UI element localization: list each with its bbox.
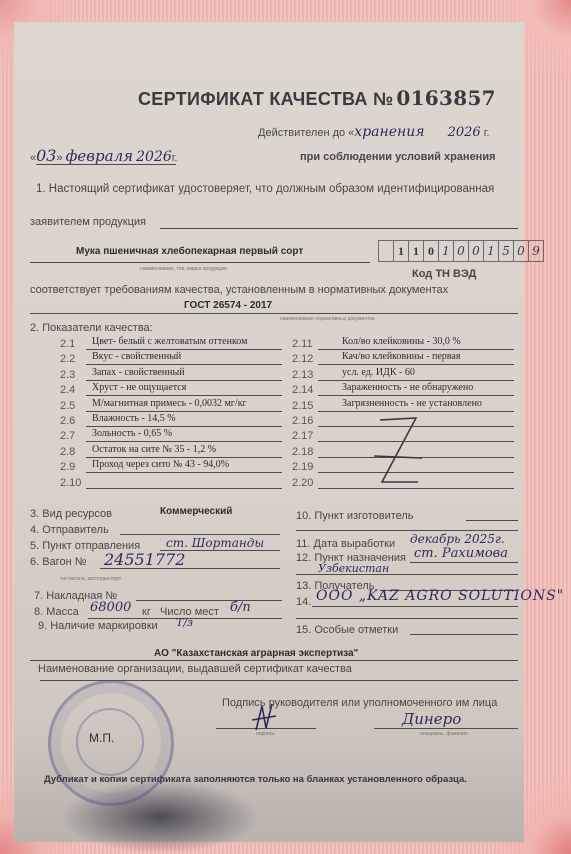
org-line — [30, 660, 518, 661]
wagon-number: 24551772 — [104, 550, 185, 569]
indicator-number: 2.17 — [292, 430, 313, 442]
official-stamp: М.П. — [48, 680, 174, 806]
code-digit: 5 — [499, 241, 514, 261]
z-strike-mark — [370, 414, 430, 486]
storage-note: при соблюдении условий хранения — [300, 151, 496, 163]
manufacturer-line — [466, 520, 518, 521]
code-digit: 0 — [424, 241, 439, 261]
indicator-line — [318, 395, 514, 396]
code-digit: 9 — [529, 241, 543, 261]
indicator-line — [318, 364, 514, 365]
indicator-line — [86, 380, 282, 381]
recipient-line-2 — [312, 606, 518, 607]
issue-date: «03» февраля 2026г. — [30, 146, 178, 165]
standard-name: ГОСТ 26574 - 2017 — [184, 300, 272, 311]
indicator-value: Остаток на сите № 35 - 1,2 % — [92, 444, 216, 455]
special-marks-line — [410, 634, 518, 635]
indicator-line — [86, 426, 282, 427]
name-caption: инициалы, фамилия — [420, 731, 468, 737]
indicator-number: 2.20 — [292, 477, 313, 489]
recipient-line-3 — [296, 618, 518, 619]
destination-line-2 — [296, 574, 518, 575]
indicator-line — [318, 349, 514, 350]
indicator-value: Загрязненность - не установлено — [342, 398, 482, 409]
indicator-number: 2.12 — [292, 353, 313, 365]
product-line — [30, 262, 370, 263]
indicator-line — [86, 457, 282, 458]
manufacturer-label: 10. Пункт изготовитель — [296, 510, 414, 522]
code-digit: 1 — [439, 241, 454, 261]
indicator-value: Проход через сито № 43 - 94,0% — [92, 459, 229, 470]
destination-value: ст. Рахимова — [414, 546, 508, 561]
indicator-value: Кол/во клейковины - 30,0 % — [342, 336, 461, 347]
section1-applicant: заявителем продукция — [30, 216, 146, 228]
indicator-value: Цвет- белый с желтоватым оттенком — [92, 336, 247, 347]
signature-mark — [244, 700, 284, 736]
recipient-value: ООО „KAZ AGRO SOLUTIONS" — [316, 588, 564, 604]
applicant-line — [160, 228, 518, 229]
section2-title: 2. Показатели качества: — [30, 322, 153, 334]
indicator-number: 2.5 — [60, 400, 75, 412]
indicator-value: Кач/во клейковины - первая — [342, 351, 460, 362]
resource-type-label: 3. Вид ресурсов — [30, 508, 112, 520]
indicator-number: 2.9 — [60, 461, 75, 473]
name-line — [374, 728, 518, 729]
code-digit: 0 — [469, 241, 484, 261]
wagon-label: 6. Вагон № — [30, 556, 87, 568]
indicator-number: 2.6 — [60, 415, 75, 427]
indicator-number: 2.10 — [60, 477, 81, 489]
wagon-line — [100, 568, 280, 569]
indicator-number: 2.14 — [292, 384, 313, 396]
indicator-value: М/магнитная примесь - 0,0032 мг/кг — [92, 398, 247, 409]
indicator-line — [86, 441, 282, 442]
indicator-line — [86, 411, 282, 412]
marking-label: 9. Наличие маркировки — [38, 620, 158, 632]
departure-value: ст. Шортанды — [166, 536, 264, 550]
indicator-number: 2.19 — [292, 461, 313, 473]
indicator-number: 2.8 — [60, 446, 75, 458]
product-caption: наименование, тип, марка продукции — [140, 266, 227, 272]
indicator-line — [86, 472, 282, 473]
indicator-number: 2.15 — [292, 400, 313, 412]
sender-line — [120, 534, 280, 535]
duplicate-notice: Дубликат и копии сертификата заполняются… — [44, 774, 467, 785]
sender-label: 4. Отправитель — [30, 524, 109, 536]
code-digit: 1 — [394, 241, 409, 261]
product-name: Мука пшеничная хлебопекарная первый сорт — [76, 246, 303, 257]
marking-value: Т/з — [176, 616, 193, 629]
indicator-value: Влажность - 14,5 % — [92, 413, 176, 424]
mass-value: 68000 — [90, 600, 131, 615]
code-label: Код ТН ВЭД — [412, 268, 476, 280]
indicator-number: 2.1 — [60, 338, 75, 350]
org-caption: Наименование организации, выдавшей серти… — [38, 663, 352, 675]
production-date-value: декабрь 2025г. — [410, 532, 505, 546]
indicator-number: 2.18 — [292, 446, 313, 458]
indicator-value: Хруст - не ощущается — [92, 382, 186, 393]
valid-until: Действителен до «хранения 2026 г. — [258, 124, 489, 140]
special-marks-label: 15. Особые отметки — [296, 624, 398, 636]
section1-text: 1. Настоящий сертификат удостоверяет, чт… — [36, 183, 494, 195]
destination-line — [410, 562, 518, 563]
indicator-value: Запах - свойственный — [92, 367, 185, 378]
indicator-number: 2.13 — [292, 369, 313, 381]
indicator-number: 2.11 — [292, 338, 313, 350]
indicator-number: 2.4 — [60, 384, 75, 396]
code-digit — [379, 241, 394, 261]
code-digit: 0 — [454, 241, 469, 261]
indicator-line — [86, 488, 282, 489]
indicator-value: Зараженность - не обнаружено — [342, 382, 473, 393]
conforms-text: соответствует требованиям качества, уста… — [30, 284, 448, 296]
indicator-line — [86, 395, 282, 396]
code-digit: 1 — [409, 241, 424, 261]
indicator-number: 2.2 — [60, 353, 75, 365]
code-digit: 0 — [514, 241, 529, 261]
wagon-caption: тип вагона, автотранспорт — [60, 576, 121, 582]
resource-type-value: Коммерческий — [160, 506, 232, 517]
recipient-num: 14. — [296, 596, 311, 608]
signer-name: Динеро — [402, 710, 461, 728]
production-date-label: 11. Дата выработки — [296, 538, 395, 550]
issuing-org: АО "Казахстанская аграрная экспертиза" — [154, 648, 358, 659]
indicator-value: Зольность - 0,65 % — [92, 428, 172, 439]
standard-caption: наименование нормативных документов — [280, 316, 375, 322]
mass-unit: кг — [142, 606, 151, 618]
places-value: б/п — [230, 600, 251, 615]
indicator-line — [318, 488, 514, 489]
mass-label: 8. Масса — [34, 606, 79, 618]
tn-ved-code: 1101001509 — [378, 240, 544, 262]
indicator-number: 2.7 — [60, 430, 75, 442]
indicator-value: усл. ед. ИДК - 60 — [342, 367, 415, 378]
code-digit: 1 — [484, 241, 499, 261]
stamp-label: М.П. — [89, 731, 114, 745]
standard-line — [30, 313, 518, 314]
indicator-value: Вкус - свойственный — [92, 351, 181, 362]
indicator-line — [86, 349, 282, 350]
issue-date-line — [36, 164, 176, 165]
indicator-number: 2.3 — [60, 369, 75, 381]
certificate-number: 0163857 — [396, 86, 496, 110]
manufacturer-line-2 — [296, 530, 518, 531]
indicator-line — [318, 380, 514, 381]
waybill-line — [136, 600, 282, 601]
indicator-line — [86, 364, 282, 365]
indicator-line — [318, 411, 514, 412]
indicator-number: 2.16 — [292, 415, 313, 427]
certificate-title: СЕРТИФИКАТ КАЧЕСТВА №0163857 — [138, 86, 496, 110]
